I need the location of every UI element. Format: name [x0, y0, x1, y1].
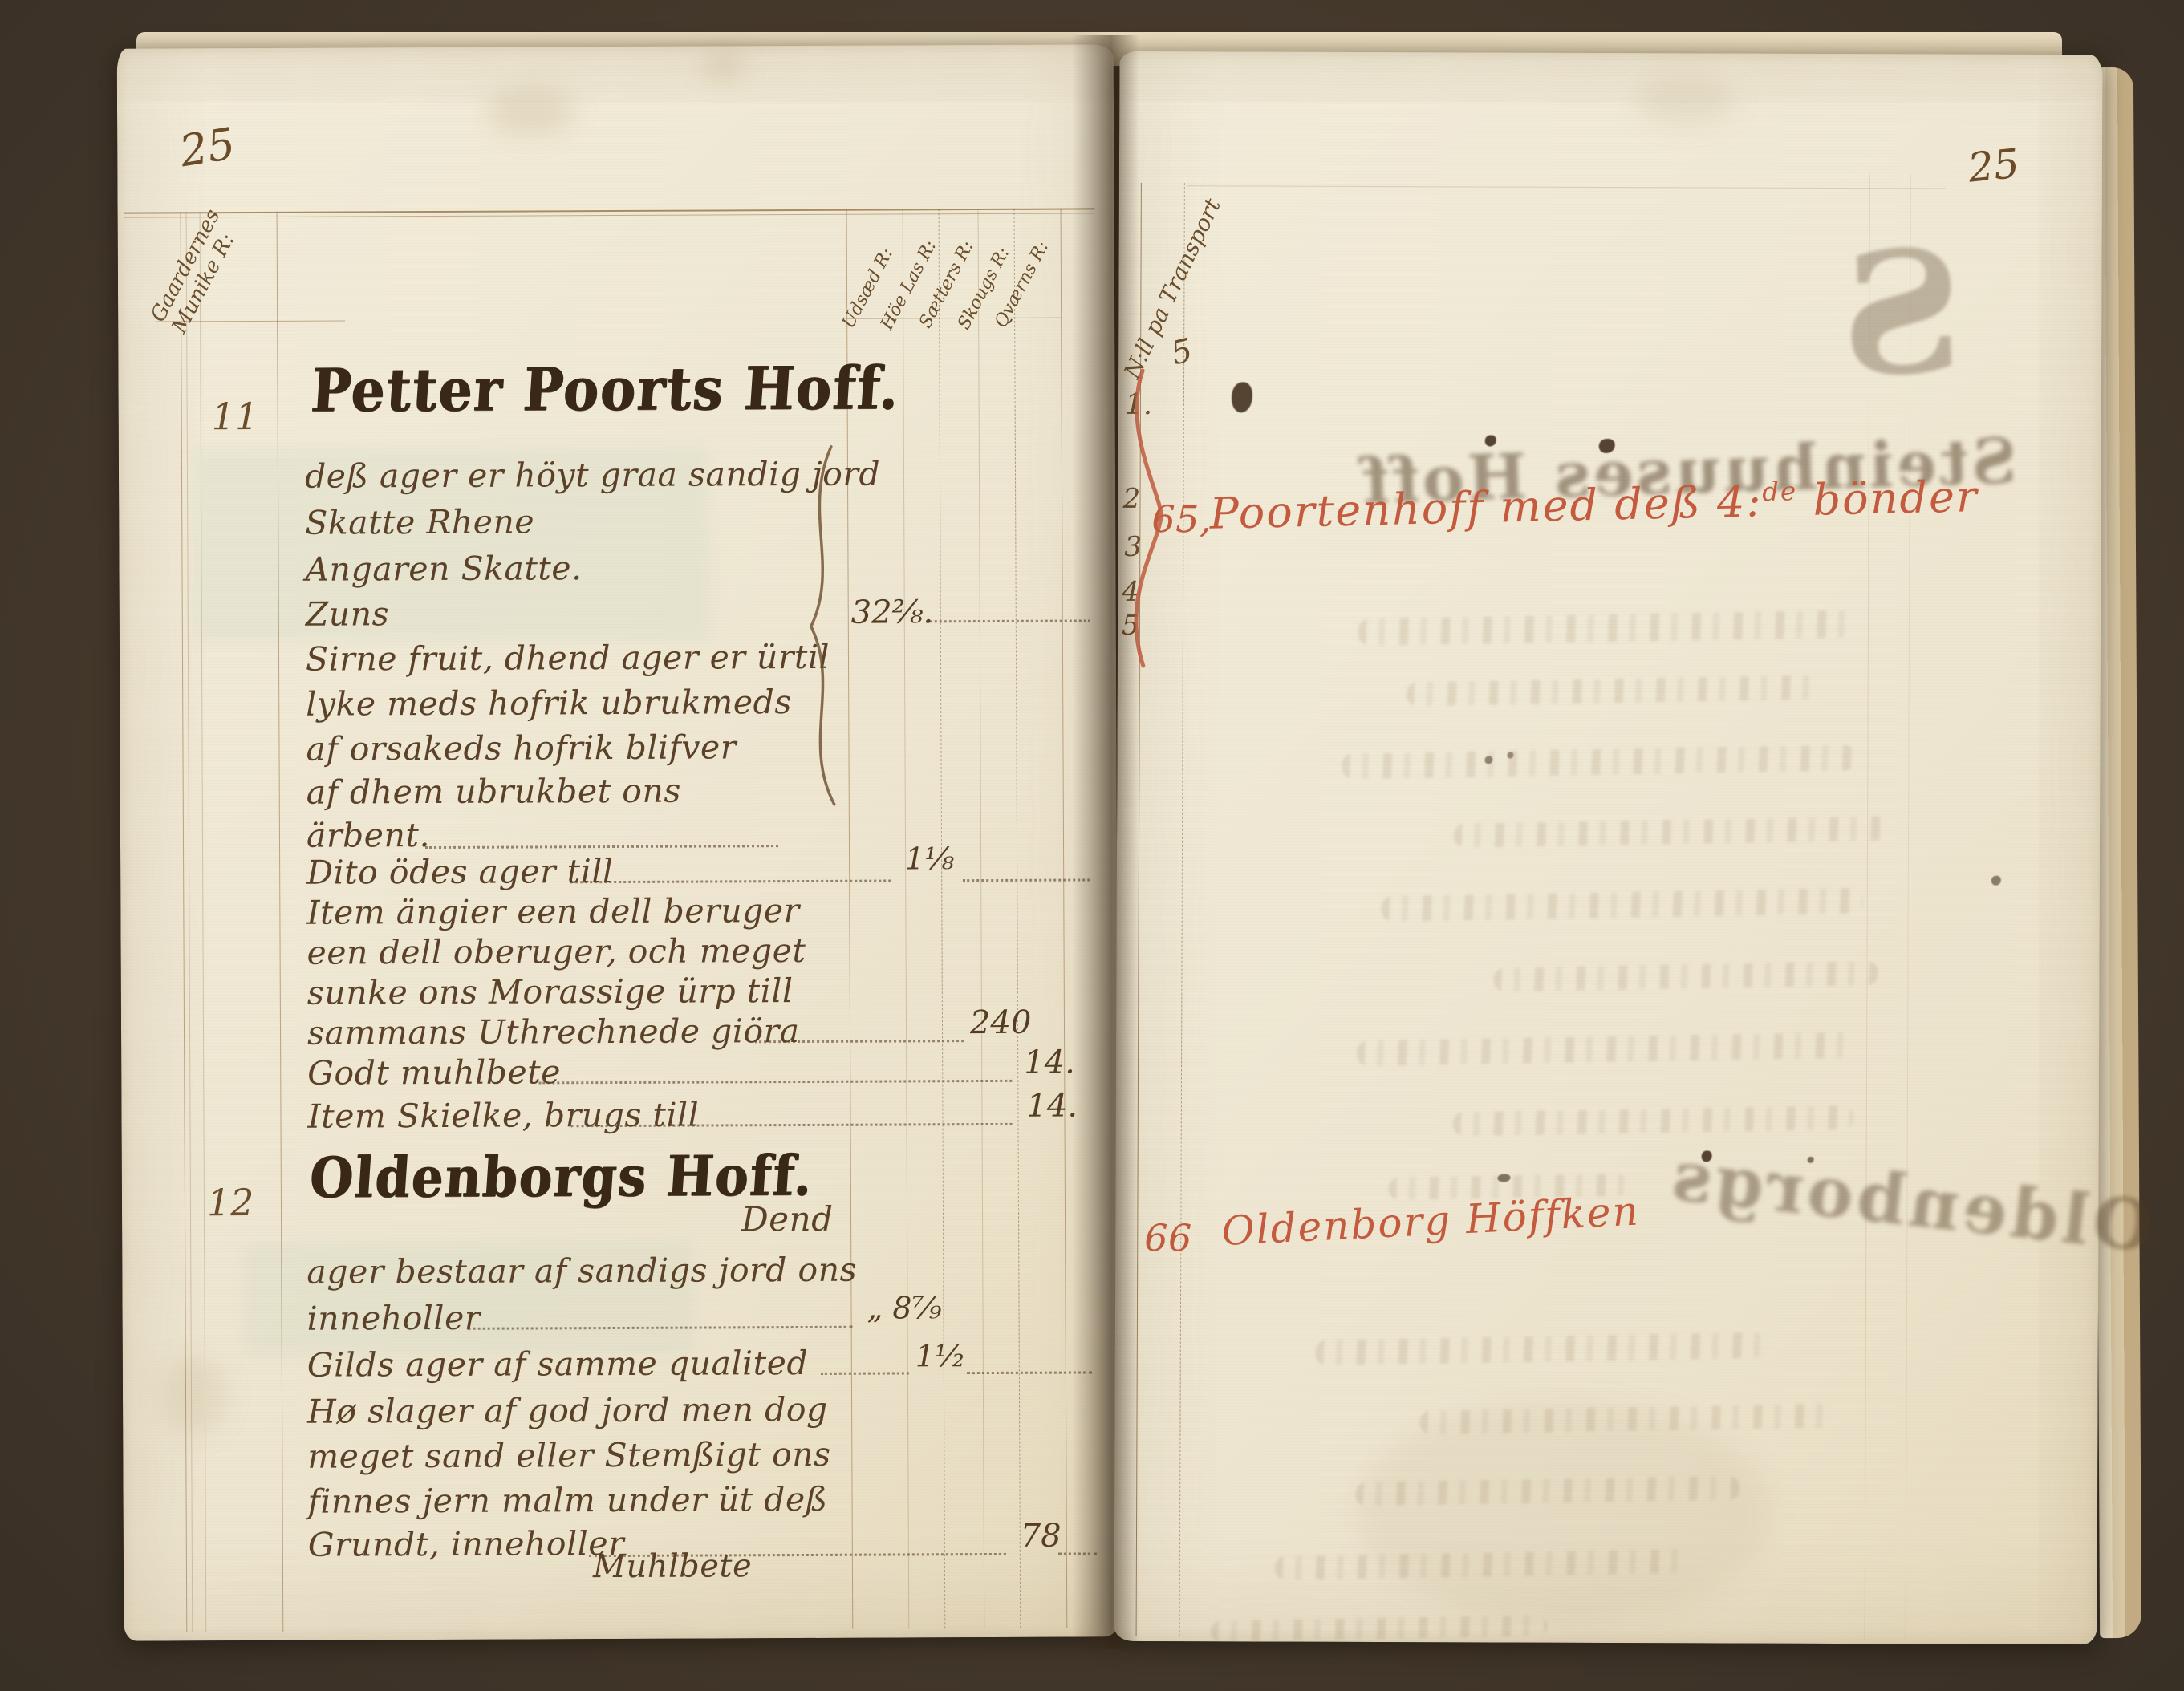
left-page: 25 Gaardernes Munike R: Udsæd R: Höe Las…: [117, 44, 1121, 1640]
bleedthrough-flourish: S: [1837, 213, 1965, 415]
paper-stain: [1355, 1400, 1773, 1626]
leader-dots: [821, 1372, 909, 1374]
column-value: 32²⁄₈.: [851, 594, 934, 631]
manuscript-line: een dell oberuger, och meget: [306, 931, 806, 972]
column-value: 240: [970, 1004, 1032, 1041]
manuscript-line: Gilds ager af samme qualited: [307, 1344, 809, 1385]
index-entry-number: 65,: [1151, 497, 1212, 541]
column-value: 78: [1021, 1518, 1062, 1555]
manuscript-line: finnes jern malm under üt deß: [307, 1480, 827, 1521]
column-value: „ 8⁷⁄₉: [867, 1290, 941, 1325]
heading-tail: Dend: [741, 1199, 834, 1239]
right-page: 25 N:ll pa Transport 5 1. 2 3 4 5 Steinh…: [1114, 51, 2103, 1644]
paper-stain: [1633, 77, 1737, 125]
manuscript-line: sammans Uthrechnede giöra: [307, 1012, 800, 1052]
manuscript-line: Item Skielke, brugs till: [307, 1096, 699, 1136]
column-value: 14.: [1024, 1044, 1075, 1081]
manuscript-line: Grundt, inneholler: [308, 1524, 625, 1564]
entry-margin-number: 12: [207, 1181, 254, 1224]
manuscript-line: inneholler: [306, 1299, 481, 1338]
column-value: 14.: [1026, 1088, 1078, 1125]
manuscript-line: Hø slager af god jord men dog: [307, 1390, 828, 1431]
manuscript-line: meget sand eller Stemßigt ons: [307, 1435, 831, 1476]
index-entry-number: 66: [1144, 1216, 1192, 1259]
manuscript-line: ager bestaar af sandigs jord ons: [306, 1251, 857, 1292]
entry-heading: Oldenborgs Hoff.: [307, 1143, 815, 1211]
manuscript-line: Dito ödes ager till: [306, 852, 614, 892]
manuscript-line: Godt muhlbete: [307, 1052, 561, 1092]
manuscript-line: sunke ons Morassige ürp till: [307, 971, 794, 1012]
entry-65-superscript: de: [1762, 476, 1798, 507]
scanned-manuscript-photo: 25 Gaardernes Munike R: Udsæd R: Höe Las…: [0, 0, 2184, 1691]
column-value: 1¹⁄₂: [915, 1338, 964, 1373]
catchword: Muhlbete: [593, 1547, 752, 1585]
column-value: 1¹⁄₈: [905, 841, 954, 876]
manuscript-line: Item ängier een dell beruger: [306, 891, 800, 932]
entry-65-text-rest: bönder: [1797, 471, 1979, 525]
leader-dots: [1058, 1552, 1097, 1555]
